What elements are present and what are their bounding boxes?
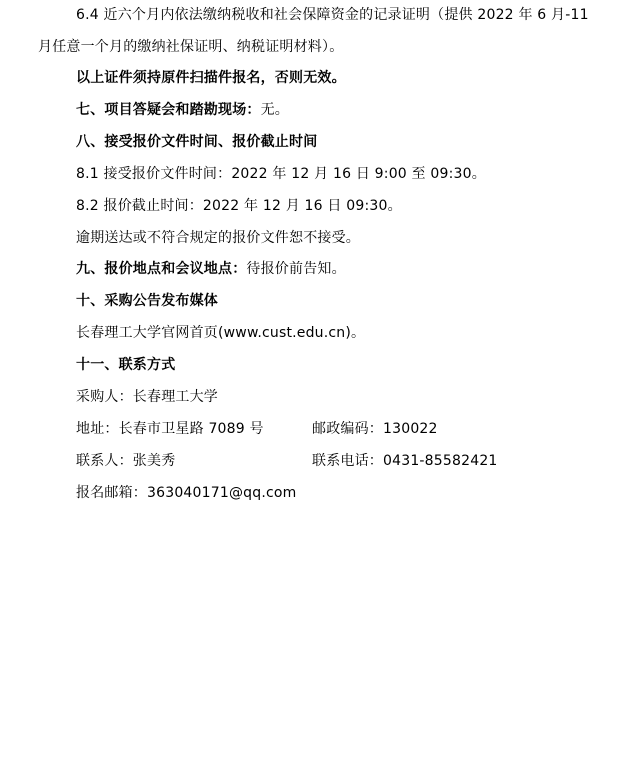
section-7-heading: 七、项目答疑会和踏勘现场： [76,102,261,118]
address-row: 地址：长春市卫星路 7089 号 邮政编码：130022 [76,420,636,438]
section-8-note: 逾期送达或不符合规定的报价文件恕不接受。 [76,229,360,247]
section-8-item-1: 8.1 接受报价文件时间：2022 年 12 月 16 日 9:00 至 09:… [76,165,486,183]
address-text: 地址：长春市卫星路 7089 号 [76,421,264,437]
section-7-value: 无。 [261,102,289,118]
section-11-heading: 十一、联系方式 [76,356,175,374]
item-6-4-line2: 月任意一个月的缴纳社保证明、纳税证明材料）。 [38,38,343,56]
section-8-heading: 八、接受报价文件时间、报价截止时间 [76,133,317,151]
section-9-value: 待报价前告知。 [246,261,345,277]
email-line: 报名邮箱：363040171@qq.com [76,484,297,502]
section-7: 七、项目答疑会和踏勘现场：无。 [76,101,289,119]
contact-person-text: 联系人：张美秀 [76,453,175,469]
item-6-4-line1: 6.4 近六个月内依法缴纳税收和社会保障资金的记录证明（提供 2022 年 6 … [76,6,589,24]
section-10-text: 长春理工大学官网首页(www.cust.edu.cn)。 [76,324,365,342]
contact-row: 联系人：张美秀 联系电话：0431-85582421 [76,452,636,470]
notice-text: 以上证件须持原件扫描件报名，否则无效。 [76,69,346,87]
postcode-text: 邮政编码：130022 [312,420,438,438]
section-10-heading: 十、采购公告发布媒体 [76,292,218,310]
phone-text: 联系电话：0431-85582421 [312,452,498,470]
section-9: 九、报价地点和会议地点：待报价前告知。 [76,260,346,278]
purchaser-line: 采购人：长春理工大学 [76,388,218,406]
section-9-heading: 九、报价地点和会议地点： [76,261,246,277]
section-8-item-2: 8.2 报价截止时间：2022 年 12 月 16 日 09:30。 [76,197,402,215]
